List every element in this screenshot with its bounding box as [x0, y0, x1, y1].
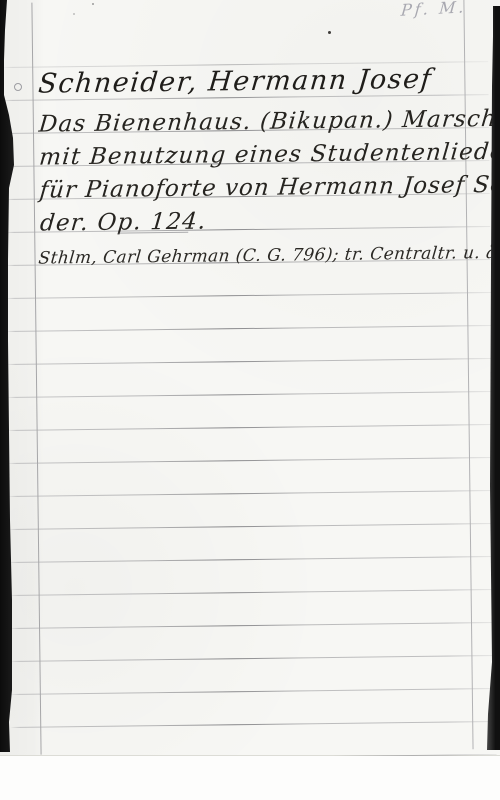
ruled-line	[9, 655, 495, 662]
ruled-line	[8, 523, 494, 530]
card-title-line-1: Das Bienenhaus. (Bikupan.) Marsch	[38, 106, 499, 138]
ruled-line	[9, 589, 495, 596]
scanned-catalog-card-page: Schneider, Hermann Josef Das Bienenhaus.…	[0, 0, 500, 800]
ruled-line	[5, 292, 491, 299]
ruled-line	[7, 424, 493, 431]
ruled-line	[7, 457, 493, 464]
ruled-line	[6, 391, 492, 398]
ruled-line	[7, 490, 493, 497]
catalog-card: Schneider, Hermann Josef Das Bienenhaus.…	[0, 0, 500, 756]
ink-speck	[328, 31, 331, 34]
scan-background-bottom	[0, 756, 500, 800]
ruled-line	[9, 622, 495, 629]
card-title-line-2: mit Benutzung eines Studentenliedes	[38, 139, 500, 171]
card-title-line-3: für Pianoforte von Hermann Josef Schnei-	[38, 171, 500, 203]
ruled-line	[8, 556, 494, 563]
dust-speck	[92, 3, 94, 5]
card-writing-area: Schneider, Hermann Josef Das Bienenhaus.…	[0, 0, 500, 759]
ruled-line	[5, 325, 491, 332]
card-heading-author: Schneider, Hermann Josef	[37, 64, 434, 100]
ruled-line	[6, 358, 492, 365]
imprint-line: Sthlm, Carl Gehrman (C. G. 796); tr. Cen…	[38, 243, 500, 269]
ruled-line	[10, 721, 496, 728]
dust-speck	[73, 13, 75, 15]
margin-circle-mark	[14, 83, 22, 91]
ruled-line	[10, 688, 496, 695]
